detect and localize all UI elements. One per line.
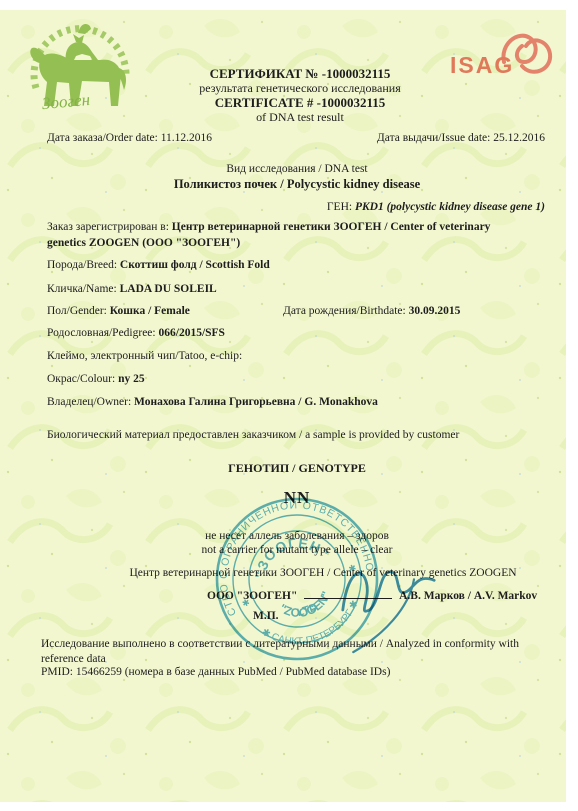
signature-icon (330, 550, 452, 655)
gender-value: Кошка / Female (110, 305, 190, 317)
registered-row: Заказ зарегистрирован в: Центр ветеринар… (47, 220, 515, 251)
order-date: Дата заказа/Order date: 11.12.2016 (47, 131, 212, 145)
colour-label: Окрас/Colour: (47, 373, 118, 385)
registered-label: Заказ зарегистрирован в: (47, 221, 172, 233)
gender-row: Пол/Gender: Кошка / Female (47, 304, 190, 318)
birthdate-value: 30.09.2015 (409, 305, 461, 317)
gene-value: PKD1 (polycystic kidney disease gene 1) (355, 201, 545, 213)
owner-row: Владелец/Owner: Монахова Галина Григорье… (47, 395, 378, 409)
certificate-title-ru: СЕРТИФИКАТ № -1000032115 (50, 66, 550, 82)
sample-note: Биологический материал предоставлен зака… (47, 428, 459, 442)
test-name: Поликистоз почек / Polycystic kidney dis… (48, 177, 546, 192)
name-value: LADA DU SOLEIL (120, 283, 217, 295)
genotype-heading: ГЕНОТИП / GENOTYPE (48, 461, 546, 476)
certificate-page: Зооген ISAG СЕРТИФИКАТ № -1000032115 рез… (0, 10, 566, 802)
certificate-title-en: CERTIFICATE # -1000032115 (50, 95, 550, 111)
test-kind: Вид исследования / DNA test (48, 162, 546, 176)
certificate-scan: Зооген ISAG СЕРТИФИКАТ № -1000032115 рез… (0, 0, 578, 811)
birthdate-label: Дата рождения/Birthdate: (283, 305, 409, 317)
owner-value: Монахова Галина Григорьевна / G. Monakho… (134, 396, 378, 408)
issue-date: Дата выдачи/Issue date: 25.12.2016 (377, 131, 545, 145)
owner-label: Владелец/Owner: (47, 396, 134, 408)
breed-value: Скоттиш фолд / Scottish Fold (120, 259, 270, 271)
gene-line: ГЕН: PKD1 (polycystic kidney disease gen… (47, 200, 545, 214)
colour-value: ny 25 (118, 373, 145, 385)
certificate-subtitle-ru: результата генетического исследования (50, 81, 550, 96)
name-label: Кличка/Name: (47, 283, 120, 295)
colour-row: Окрас/Colour: ny 25 (47, 372, 145, 386)
stamp-star-left: ✱ (241, 597, 251, 609)
gene-label: ГЕН: (327, 201, 355, 213)
pedigree-value: 066/2015/SFS (159, 327, 225, 339)
pedigree-label: Родословная/Pedigree: (47, 327, 159, 339)
stamp-center-ltd: LTD (296, 601, 319, 619)
signature (330, 550, 452, 655)
certificate-subtitle-en: of DNA test result (50, 110, 550, 125)
gender-label: Пол/Gender: (47, 305, 110, 317)
name-row: Кличка/Name: LADA DU SOLEIL (47, 282, 217, 296)
breed-row: Порода/Breed: Скоттиш фолд / Scottish Fo… (47, 258, 270, 272)
tatoo-row: Клеймо, электронный чип/Tatoo, e-chip: (47, 349, 242, 363)
birthdate-row: Дата рождения/Birthdate: 30.09.2015 (283, 304, 460, 318)
tatoo-label: Клеймо, электронный чип/Tatoo, e-chip: (47, 350, 242, 362)
pedigree-row: Родословная/Pedigree: 066/2015/SFS (47, 326, 225, 340)
breed-label: Порода/Breed: (47, 259, 120, 271)
